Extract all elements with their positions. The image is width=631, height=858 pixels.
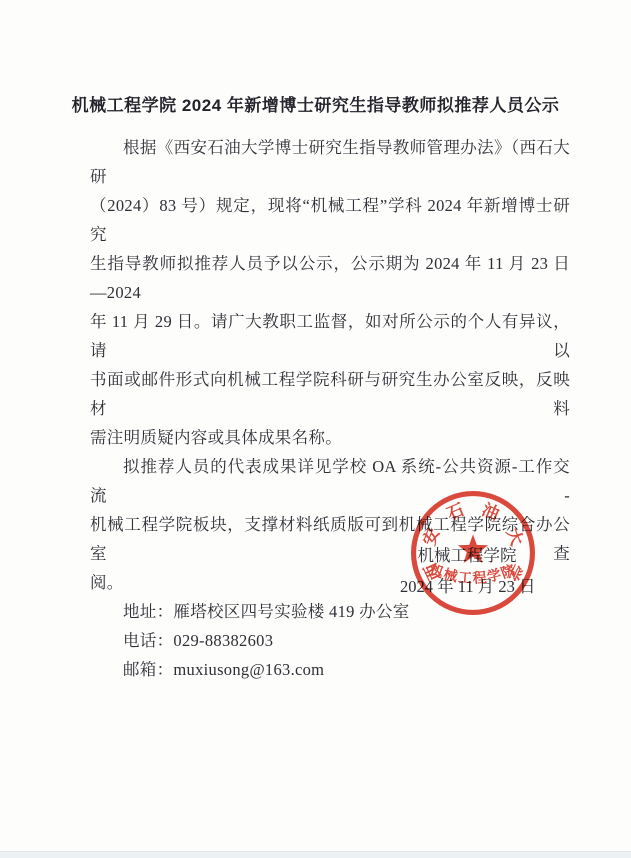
- document-title: 机械工程学院 2024 年新增博士研究生指导教师拟推荐人员公示: [0, 91, 631, 116]
- official-seal: 西 安 石 油 大 学 机械工程学院: [408, 488, 538, 618]
- seal-ring-char: 大: [503, 525, 528, 548]
- seal-bottom-text: 机械工程学院: [427, 561, 518, 586]
- body-line: 生指导教师拟推荐人员予以公示，公示期为 2024 年 11 月 23 日—202…: [90, 249, 570, 307]
- contact-email: 邮箱：muxiusong@163.com: [90, 655, 570, 684]
- seal-ring-char: 安: [419, 525, 444, 548]
- body-line: 需注明质疑内容或具体成果名称。: [90, 423, 570, 452]
- body-line: （2024）83 号）规定，现将“机械工程”学科 2024 年新增博士研究: [90, 191, 570, 249]
- svg-text:机械工程学院: 机械工程学院: [427, 561, 518, 586]
- seal-ring-char: 油: [479, 499, 502, 524]
- seal-star-icon: [458, 534, 488, 563]
- body-line: 年 11 月 29 日。请广大教职工监督，如对所公示的个人有异议，请以: [90, 307, 570, 365]
- body-line: 书面或邮件形式向机械工程学院科研与研究生办公室反映，反映材料: [90, 365, 570, 423]
- seal-ring-char: 石: [444, 500, 467, 524]
- document-page: 机械工程学院 2024 年新增博士研究生指导教师拟推荐人员公示 根据《西安石油大…: [0, 0, 631, 858]
- contact-phone: 电话：029-88382603: [90, 626, 570, 655]
- page-bottom-edge: [0, 851, 631, 858]
- body-line: 根据《西安石油大学博士研究生指导教师管理办法》（西石大研: [90, 133, 570, 191]
